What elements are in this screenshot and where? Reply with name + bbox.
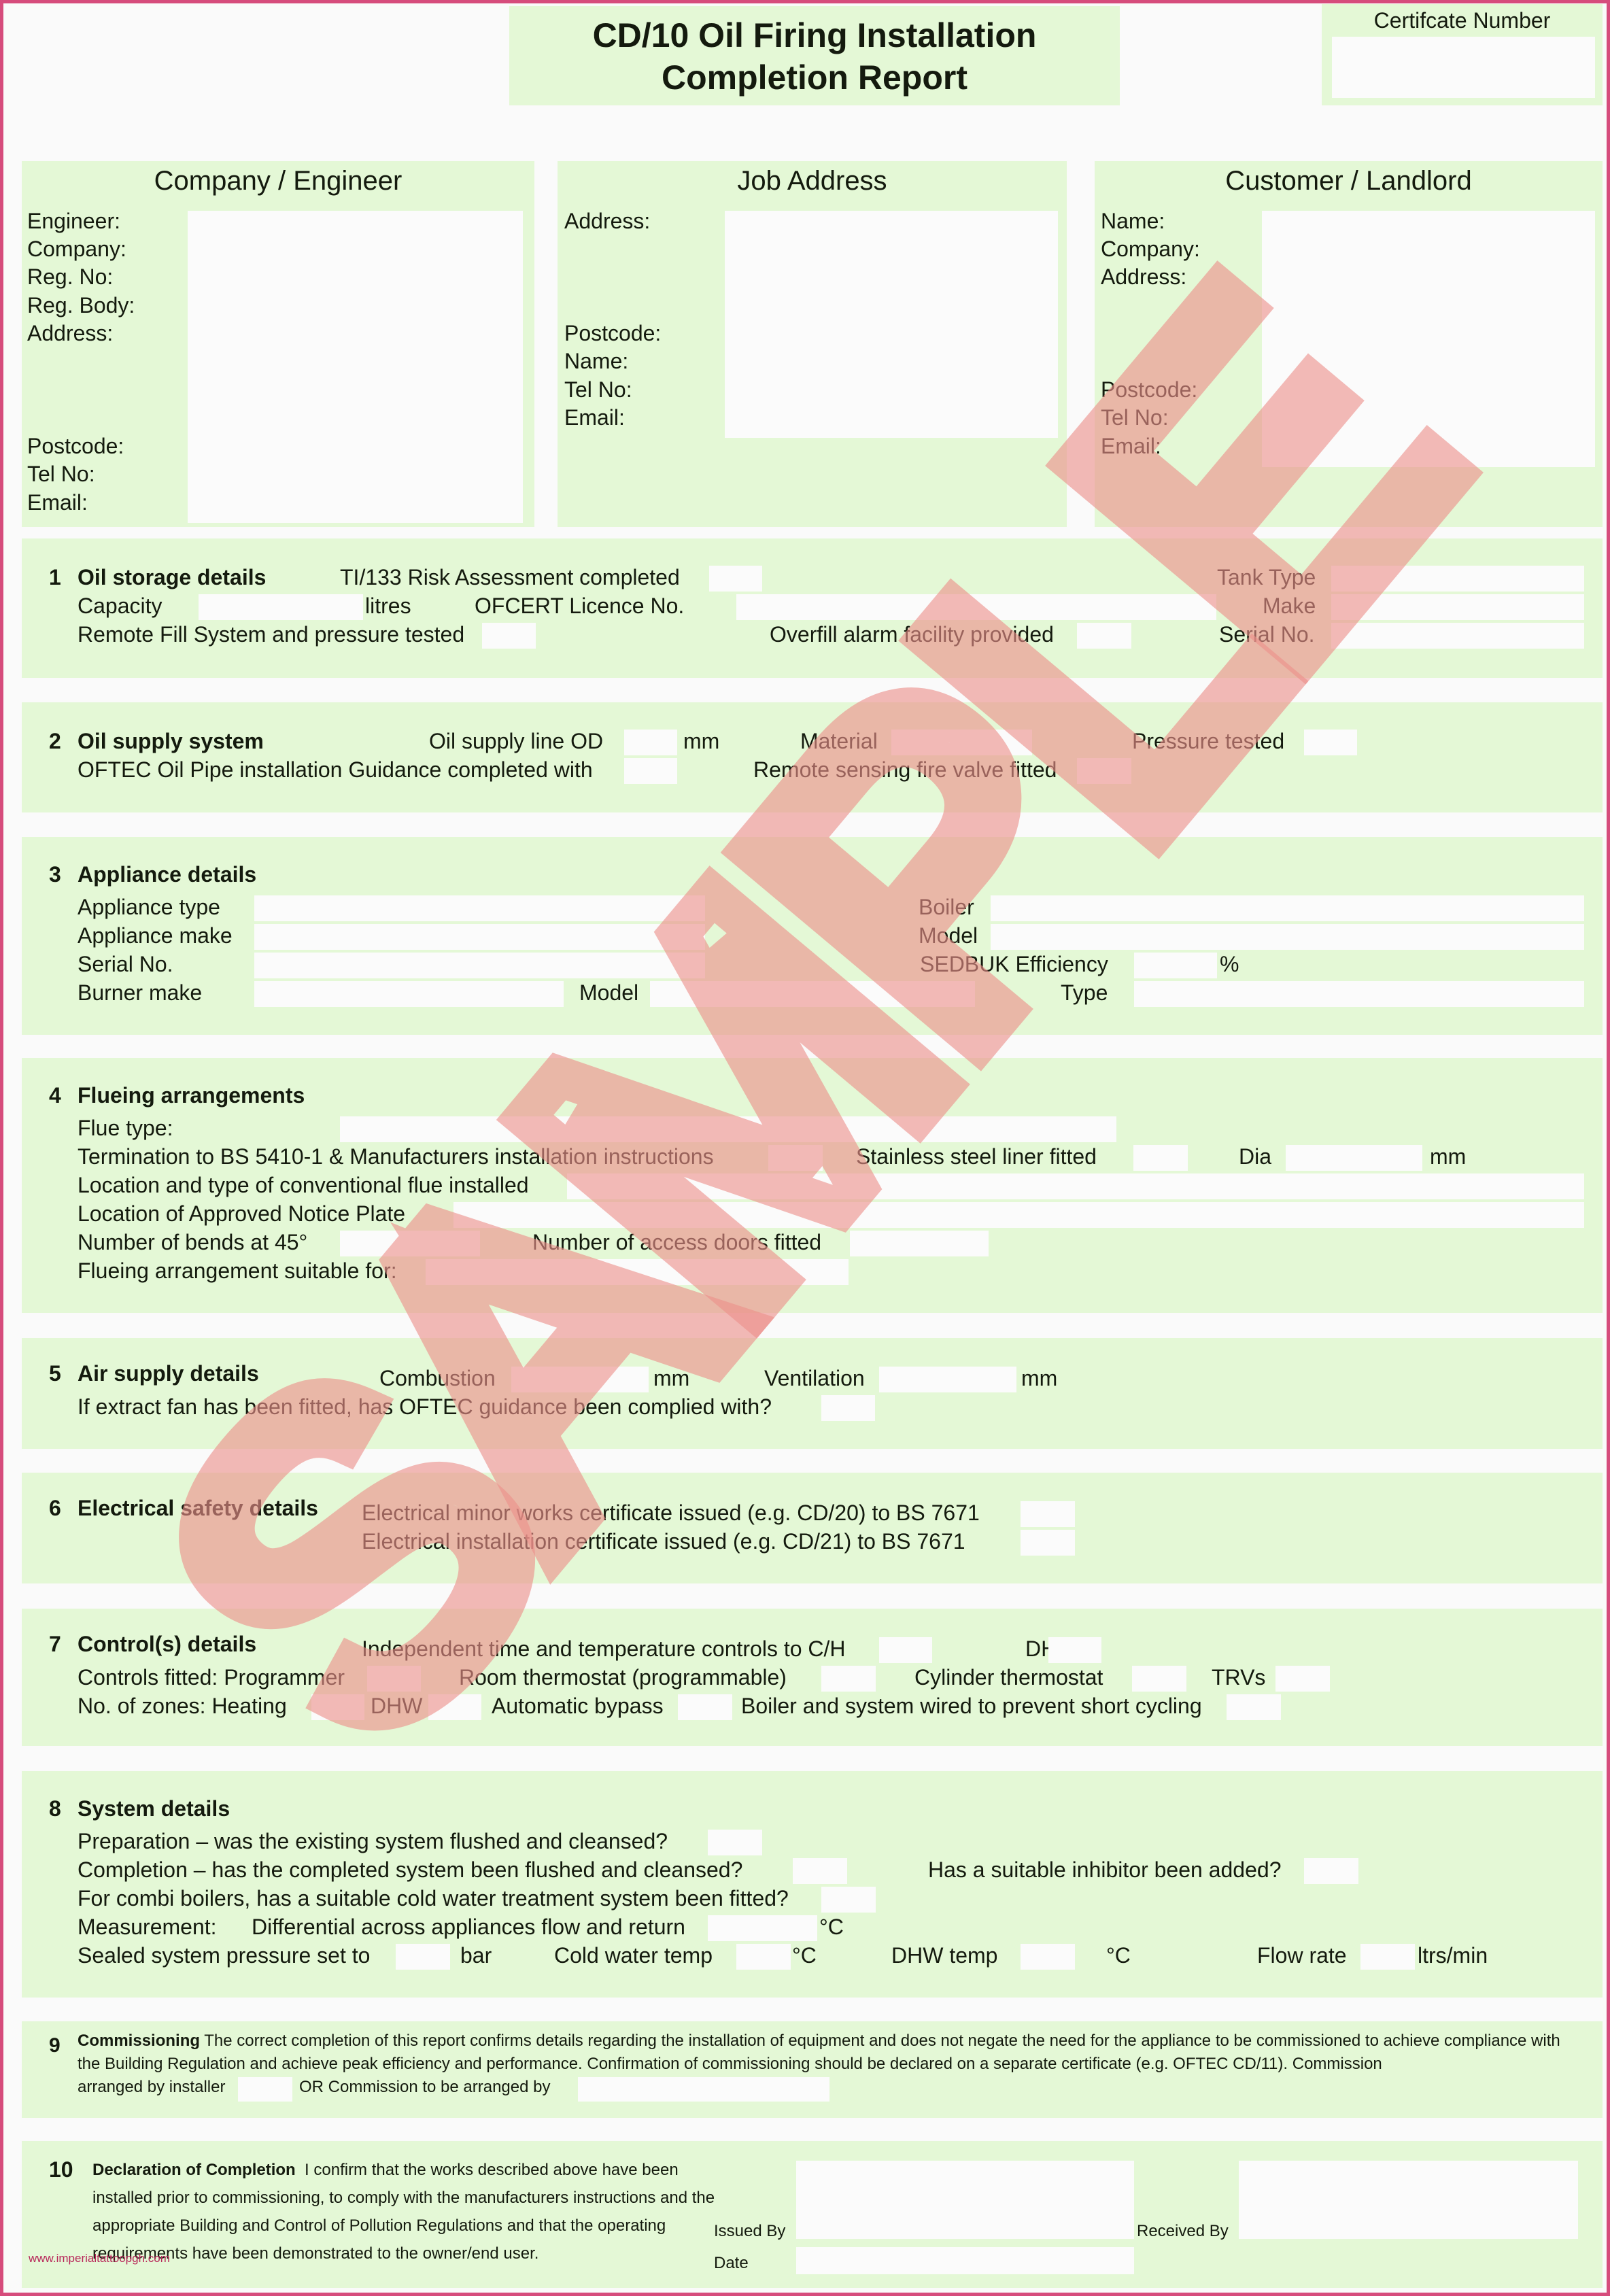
label-dhw-temp: DHW temp xyxy=(891,1942,997,1968)
label-address: Address: xyxy=(564,208,650,234)
programmer-checkbox[interactable] xyxy=(367,1666,421,1692)
commissioning-body: The correct completion of this report co… xyxy=(78,2032,1560,2073)
capacity-field[interactable] xyxy=(199,594,363,620)
label-cylinder-thermostat: Cylinder thermostat xyxy=(914,1664,1103,1690)
title-line-2: Completion Report xyxy=(509,56,1120,99)
suitable-for-field[interactable] xyxy=(426,1259,849,1285)
serial-field[interactable] xyxy=(1331,623,1584,649)
access-doors-field[interactable] xyxy=(850,1231,989,1256)
section-heading: Appliance details xyxy=(78,861,256,887)
label-degc: °C xyxy=(819,1914,844,1940)
dhw-temp-field[interactable] xyxy=(1021,1944,1075,1970)
remote-valve-checkbox[interactable] xyxy=(1077,758,1131,784)
label-tel: Tel No: xyxy=(1101,405,1169,430)
zones-heating-field[interactable] xyxy=(311,1694,364,1720)
label-line-od: Oil supply line OD xyxy=(429,728,603,754)
page-title: CD/10 Oil Firing Installation Completion… xyxy=(509,6,1120,105)
label-email: Email: xyxy=(564,405,625,430)
label-arranged-by-installer: arranged by installer xyxy=(78,2076,225,2098)
label-name: Name: xyxy=(564,348,628,374)
section-number: 9 xyxy=(49,2033,61,2059)
label-postcode: Postcode: xyxy=(564,320,661,346)
label-cold-water-temp: Cold water temp xyxy=(554,1942,713,1968)
minor-works-checkbox[interactable] xyxy=(1021,1501,1075,1527)
issued-by-field[interactable] xyxy=(796,2161,1134,2239)
section-number: 10 xyxy=(49,2157,73,2182)
label-trvs: TRVs xyxy=(1212,1664,1265,1690)
dia-field[interactable] xyxy=(1286,1145,1422,1171)
label-room-thermostat: Room thermostat (programmable) xyxy=(459,1664,787,1690)
label-date: Date xyxy=(714,2252,749,2274)
combustion-field[interactable] xyxy=(511,1367,649,1392)
label-programmer: Controls fitted: Programmer xyxy=(78,1664,345,1690)
label-address: Address: xyxy=(27,320,113,346)
commissioning-heading: Commissioning xyxy=(78,2032,200,2050)
appliance-serial-field[interactable] xyxy=(254,953,705,978)
date-field[interactable] xyxy=(796,2247,1134,2274)
label-automatic-bypass: Automatic bypass xyxy=(492,1693,664,1719)
section-number: 2 xyxy=(49,728,61,754)
label-bar: bar xyxy=(460,1942,492,1968)
label-model: Model xyxy=(919,923,978,948)
label-flue-type: Flue type: xyxy=(78,1115,173,1141)
label-email: Email: xyxy=(1101,433,1161,459)
label-flue-location: Location and type of conventional flue i… xyxy=(78,1172,529,1198)
label-independent-controls: Independent time and temperature control… xyxy=(362,1636,846,1662)
section-number: 3 xyxy=(49,861,61,887)
trvs-checkbox[interactable] xyxy=(1275,1666,1330,1692)
job-address-field[interactable] xyxy=(725,211,1058,438)
label-remote-fill: Remote Fill System and pressure tested xyxy=(78,621,464,647)
label-company: Company: xyxy=(1101,236,1200,262)
received-by-field[interactable] xyxy=(1239,2161,1578,2239)
company-engineer-heading: Company / Engineer xyxy=(22,165,534,197)
label-mm: mm xyxy=(683,728,719,754)
ofcert-field[interactable] xyxy=(736,594,1216,620)
section-number: 5 xyxy=(49,1360,61,1386)
inhibitor-checkbox[interactable] xyxy=(1304,1858,1358,1884)
label-boiler: Boiler xyxy=(919,894,974,920)
label-measurement: Measurement: xyxy=(78,1914,217,1940)
risk-assessment-checkbox[interactable] xyxy=(709,566,762,592)
cylinder-thermostat-checkbox[interactable] xyxy=(1132,1666,1186,1692)
material-field[interactable] xyxy=(891,730,1032,755)
company-engineer-field[interactable] xyxy=(188,211,523,523)
label-completion: Completion – has the completed system be… xyxy=(78,1857,742,1883)
label-appliance-type: Appliance type xyxy=(78,894,220,920)
job-address-heading: Job Address xyxy=(558,165,1067,197)
label-postcode: Postcode: xyxy=(27,433,124,459)
extract-fan-checkbox[interactable] xyxy=(821,1395,875,1421)
label-zones-dhw: DHW xyxy=(371,1693,422,1719)
label-zones-heating: No. of zones: Heating xyxy=(78,1693,287,1719)
label-tel: Tel No: xyxy=(27,461,95,487)
label-type: Type xyxy=(1061,980,1108,1006)
flow-rate-field[interactable] xyxy=(1360,1944,1415,1970)
label-burner-make: Burner make xyxy=(78,980,202,1006)
section-heading: Electrical safety details xyxy=(78,1495,318,1521)
differential-field[interactable] xyxy=(708,1915,817,1941)
oftec-guidance-checkbox[interactable] xyxy=(624,758,677,784)
declaration-text: Declaration of Completion I confirm that… xyxy=(92,2156,718,2267)
sealed-pressure-field[interactable] xyxy=(396,1944,450,1970)
label-overfill: Overfill alarm facility provided xyxy=(770,621,1054,647)
section-number: 8 xyxy=(49,1796,61,1821)
label-reg-no: Reg. No: xyxy=(27,264,113,290)
sedbuk-field[interactable] xyxy=(1134,953,1217,978)
model-field[interactable] xyxy=(991,924,1584,950)
boiler-field[interactable] xyxy=(991,895,1584,921)
label-email: Email: xyxy=(27,490,88,515)
label-capacity: Capacity xyxy=(78,593,162,619)
label-material: Material xyxy=(800,728,878,754)
label-arranged-by: OR Commission to be arranged by xyxy=(299,2076,551,2098)
termination-checkbox[interactable] xyxy=(768,1145,823,1171)
section-heading: Flueing arrangements xyxy=(78,1082,305,1108)
label-burner-model: Model xyxy=(579,980,638,1006)
label-received-by: Received By xyxy=(1137,2220,1229,2242)
certificate-label: Certifcate Number xyxy=(1322,8,1603,33)
label-access-doors: Number of access doors fitted xyxy=(532,1229,821,1255)
burner-make-field[interactable] xyxy=(254,981,564,1007)
label-serial: Serial No. xyxy=(1219,621,1315,647)
label-ltrs-min: ltrs/min xyxy=(1418,1942,1488,1968)
notice-plate-field[interactable] xyxy=(453,1202,1584,1228)
label-sedbuk: SEDBUK Efficiency xyxy=(920,951,1108,977)
make-field[interactable] xyxy=(1331,594,1584,620)
label-extract-fan: If extract fan has been fitted, has OFTE… xyxy=(78,1394,772,1420)
tank-type-field[interactable] xyxy=(1331,566,1584,592)
section-number: 1 xyxy=(49,564,61,590)
label-tel: Tel No: xyxy=(564,377,632,402)
installation-cert-checkbox[interactable] xyxy=(1021,1530,1075,1556)
label-differential: Differential across appliances flow and … xyxy=(252,1914,685,1940)
label-serial: Serial No. xyxy=(78,951,173,977)
room-thermostat-checkbox[interactable] xyxy=(821,1666,876,1692)
label-flow-rate: Flow rate xyxy=(1257,1942,1347,1968)
section-number: 6 xyxy=(49,1495,61,1521)
label-make: Make xyxy=(1263,593,1316,619)
label-appliance-make: Appliance make xyxy=(78,923,233,948)
certificate-number-field[interactable] xyxy=(1332,37,1595,98)
label-ofcert: OFCERT Licence No. xyxy=(475,593,684,619)
preparation-checkbox[interactable] xyxy=(708,1830,762,1855)
type-field[interactable] xyxy=(1134,981,1584,1007)
line-od-field[interactable] xyxy=(624,730,677,755)
label-pressure-tested: Pressure tested xyxy=(1132,728,1284,754)
overfill-checkbox[interactable] xyxy=(1077,623,1131,649)
bends-field[interactable] xyxy=(340,1231,480,1256)
appliance-type-field[interactable] xyxy=(254,895,705,921)
label-company: Company: xyxy=(27,236,126,262)
pressure-tested-checkbox[interactable] xyxy=(1304,730,1357,755)
label-combustion: Combustion xyxy=(379,1365,496,1391)
label-remote-valve: Remote sensing fire valve fitted xyxy=(753,757,1057,783)
cold-water-temp-field[interactable] xyxy=(736,1944,791,1970)
dhw-controls-checkbox[interactable] xyxy=(1048,1637,1101,1663)
commission-arranged-by-field[interactable] xyxy=(578,2077,829,2102)
label-suitable-for: Flueing arrangement suitable for: xyxy=(78,1258,397,1284)
ventilation-field[interactable] xyxy=(879,1367,1016,1392)
section-number: 7 xyxy=(49,1631,61,1657)
declaration-heading: Declaration of Completion xyxy=(92,2161,296,2179)
section-heading: Control(s) details xyxy=(78,1631,256,1657)
label-mm: mm xyxy=(1021,1365,1057,1391)
label-termination: Termination to BS 5410-1 & Manufacturers… xyxy=(78,1144,714,1169)
label-bends: Number of bends at 45° xyxy=(78,1229,307,1255)
label-engineer: Engineer: xyxy=(27,208,120,234)
customer-landlord-field[interactable] xyxy=(1262,211,1595,467)
short-cycling-checkbox[interactable] xyxy=(1227,1694,1281,1720)
section-heading: Oil storage details xyxy=(78,564,266,590)
liner-checkbox[interactable] xyxy=(1133,1145,1188,1171)
label-preparation: Preparation – was the existing system fl… xyxy=(78,1828,668,1854)
independent-controls-checkbox[interactable] xyxy=(879,1637,932,1663)
title-line-1: CD/10 Oil Firing Installation xyxy=(509,14,1120,56)
label-combi-treatment: For combi boilers, has a suitable cold w… xyxy=(78,1885,789,1911)
label-reg-body: Reg. Body: xyxy=(27,292,135,318)
label-oftec-guidance: OFTEC Oil Pipe installation Guidance com… xyxy=(78,757,593,783)
section-heading: Oil supply system xyxy=(78,728,264,754)
label-tank-type: Tank Type xyxy=(1217,564,1316,590)
section-heading: System details xyxy=(78,1796,230,1821)
customer-landlord-heading: Customer / Landlord xyxy=(1095,165,1603,197)
section-heading: Air supply details xyxy=(78,1360,259,1386)
label-liner: Stainless steel liner fitted xyxy=(856,1144,1097,1169)
label-sealed-pressure: Sealed system pressure set to xyxy=(78,1942,370,1968)
label-inhibitor: Has a suitable inhibitor been added? xyxy=(928,1857,1281,1883)
label-postcode: Postcode: xyxy=(1101,377,1197,402)
label-percent: % xyxy=(1220,951,1239,977)
label-short-cycling: Boiler and system wired to prevent short… xyxy=(741,1693,1202,1719)
completion-checkbox[interactable] xyxy=(793,1858,847,1884)
label-installation-cert: Electrical installation certificate issu… xyxy=(362,1528,965,1554)
label-mm: mm xyxy=(1430,1144,1466,1169)
label-issued-by: Issued By xyxy=(714,2220,785,2242)
flue-type-field[interactable] xyxy=(340,1116,1116,1142)
installer-checkbox[interactable] xyxy=(238,2077,292,2102)
label-degc: °C xyxy=(1106,1942,1131,1968)
flue-location-field[interactable] xyxy=(567,1173,1584,1199)
section-number: 4 xyxy=(49,1082,61,1108)
label-dia: Dia xyxy=(1239,1144,1271,1169)
burner-model-field[interactable] xyxy=(650,981,975,1007)
label-litres: litres xyxy=(365,593,411,619)
remote-fill-checkbox[interactable] xyxy=(482,623,536,649)
footer-url: www.imperialtattoopgh.com xyxy=(29,2252,170,2265)
commissioning-text: Commissioning The correct completion of … xyxy=(78,2029,1580,2076)
appliance-make-field[interactable] xyxy=(254,924,705,950)
label-mm: mm xyxy=(653,1365,689,1391)
automatic-bypass-checkbox[interactable] xyxy=(678,1694,732,1720)
label-name: Name: xyxy=(1101,208,1165,234)
label-degc: °C xyxy=(792,1942,817,1968)
label-address: Address: xyxy=(1101,264,1186,290)
label-risk-assessment: TI/133 Risk Assessment completed xyxy=(340,564,680,590)
label-ventilation: Ventilation xyxy=(764,1365,865,1391)
label-notice-plate: Location of Approved Notice Plate xyxy=(78,1201,405,1227)
zones-dhw-field[interactable] xyxy=(428,1694,481,1720)
combi-treatment-checkbox[interactable] xyxy=(821,1887,876,1913)
label-minor-works: Electrical minor works certificate issue… xyxy=(362,1500,980,1526)
